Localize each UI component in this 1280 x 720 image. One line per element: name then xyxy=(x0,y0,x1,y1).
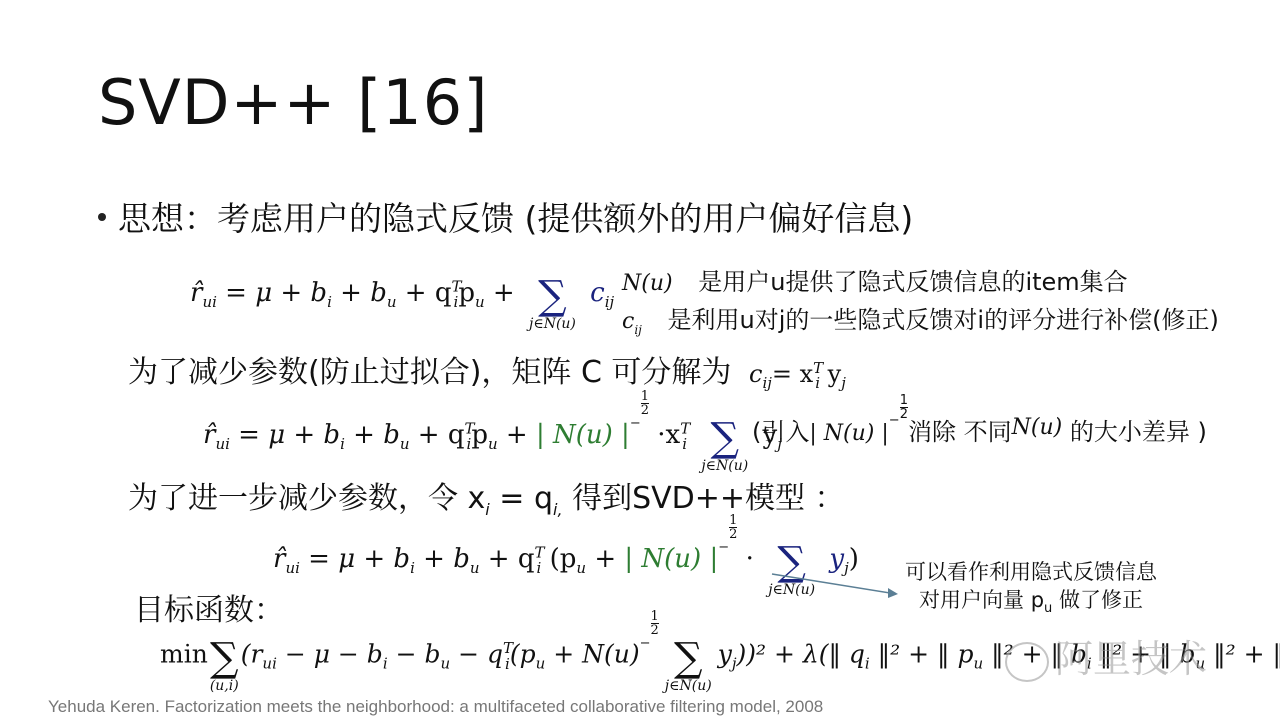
eq-part: = μ + b xyxy=(225,278,327,308)
eq-part: + xyxy=(498,420,528,450)
minus-sign: − xyxy=(630,416,641,431)
equation-factorized: r̂ui = μ + bi + bu + qTipu + | N(u) |−12… xyxy=(203,408,782,464)
eq-part: c xyxy=(590,278,605,308)
objective-label: 目标函数： xyxy=(134,585,284,629)
num: 1 xyxy=(651,610,659,624)
sub: ij xyxy=(762,374,771,392)
sub: j xyxy=(841,374,846,392)
eq-part: + b xyxy=(415,544,470,574)
sub: u xyxy=(973,655,983,673)
eq-part: + b xyxy=(332,278,387,308)
eq-part: − q xyxy=(450,640,503,669)
note-line: 对用户向量 pu 做了修正 xyxy=(905,586,1157,623)
eq-part: p xyxy=(458,278,475,308)
step-reduce-params: 为了减少参数(防止过拟合)，矩阵 C 可分解为 cij= xTi yj xyxy=(128,347,846,392)
bullet-dot-icon xyxy=(98,213,106,221)
eq-part: c xyxy=(749,360,762,388)
den: 2 xyxy=(900,408,908,421)
eq-part: (p xyxy=(510,640,536,669)
sub: u xyxy=(576,559,586,577)
minus-sign: − xyxy=(889,413,900,428)
sub: u xyxy=(488,435,498,453)
eq-part: = μ + b xyxy=(238,420,340,450)
sum-symbol: ∑j∈N(u) xyxy=(529,276,576,332)
eq-part: − b xyxy=(388,640,441,669)
watermark-text: 阿里技术 xyxy=(1055,637,1207,681)
r-hat: r̂ xyxy=(273,544,285,574)
exponent-neg-half: 12 xyxy=(729,514,737,541)
sub: u xyxy=(387,293,397,311)
eq-part: y xyxy=(820,360,841,388)
sub: u xyxy=(470,559,480,577)
note-text: 消除 不同 xyxy=(908,418,1012,446)
note-text: (引入 xyxy=(752,418,809,446)
eq-part: ·x xyxy=(657,420,680,450)
normalization-note: (引入| N(u) |−12消除 不同N(u) 的大小差异 ) xyxy=(752,412,1207,447)
eq-part: ‖² + ‖ p xyxy=(870,640,974,669)
den: 2 xyxy=(651,624,659,637)
sub: u xyxy=(475,293,485,311)
sub: ij xyxy=(634,323,642,337)
nu-norm: | N(u) | xyxy=(809,421,888,446)
num: 1 xyxy=(729,514,737,528)
minus-sign: − xyxy=(640,636,651,651)
eq-part: (p xyxy=(550,544,577,574)
sum-symbol: ∑(u,i) xyxy=(210,638,239,694)
exponent-neg-half: 12 xyxy=(641,390,649,417)
watermark: 阿里技术 xyxy=(1005,628,1207,683)
sub: ui xyxy=(215,435,229,453)
slide-title: SVD++ [16] xyxy=(98,66,488,139)
sub: ui xyxy=(262,655,276,673)
den: 2 xyxy=(729,528,737,541)
eq-part: p xyxy=(471,420,488,450)
eq-part: y xyxy=(718,640,732,669)
eq-part: + N(u) xyxy=(545,640,639,669)
eq-part: + xyxy=(586,544,616,574)
note-line: 可以看作利用隐式反馈信息 xyxy=(905,558,1157,586)
minus-sign: − xyxy=(718,540,729,555)
definition-cij: cij 是利用u对j的一些隐式反馈对i的评分进行补偿(修正) xyxy=(622,300,1219,337)
wechat-icon xyxy=(1005,642,1049,682)
note-text: 的大小差异 ) xyxy=(1070,418,1207,446)
eq-part: = μ + b xyxy=(308,544,410,574)
eq-part: · xyxy=(737,544,754,574)
eq-part: + q xyxy=(480,544,535,574)
bullet-idea: 思想：考虑用户的隐式反馈 (提供额外的用户偏好信息) xyxy=(98,193,913,240)
eq-part: min xyxy=(160,640,208,669)
symbol: N(u) xyxy=(622,271,673,296)
arrow-icon xyxy=(770,570,910,600)
step-text: 为了进一步减少参数，令 x xyxy=(128,481,485,516)
sub: u xyxy=(536,655,546,673)
sub: ij xyxy=(605,293,614,311)
sub: i xyxy=(682,435,687,453)
bullet-text: 思想：考虑用户的隐式反馈 (提供额外的用户偏好信息) xyxy=(118,199,913,238)
eq-part: ))² + λ(‖ q xyxy=(736,640,864,669)
equation-basic: r̂ui = μ + bi + bu + qTipu + ∑j∈N(u) cij xyxy=(190,266,614,322)
note-text: 做了修正 xyxy=(1052,588,1143,612)
sigma-icon: ∑ xyxy=(538,276,567,316)
den: 2 xyxy=(641,404,649,417)
definition-text: 是利用u对j的一些隐式反馈对i的评分进行补偿(修正) xyxy=(668,306,1219,334)
annotation-note: 可以看作利用隐式反馈信息 对用户向量 pu 做了修正 xyxy=(905,558,1157,623)
nu-symbol: N(u) xyxy=(1012,415,1063,440)
eq-part: ‖² + ‖ xyxy=(1205,640,1280,669)
sum-symbol: ∑j∈N(u) xyxy=(665,638,712,694)
eq-part: + xyxy=(485,278,515,308)
sum-limit: (u,i) xyxy=(210,678,239,694)
citation-footer: Yehuda Keren. Factorization meets the ne… xyxy=(48,697,823,717)
eq-part: (r xyxy=(241,640,263,669)
num: 1 xyxy=(900,394,908,408)
exponent-neg-half: 12 xyxy=(900,394,908,421)
note-text: 对用户向量 p xyxy=(919,588,1044,612)
definition-nu: N(u) 是用户u提供了隐式反馈信息的item集合 xyxy=(622,262,1128,297)
sigma-icon: ∑ xyxy=(674,638,703,678)
num: 1 xyxy=(641,390,649,404)
r-hat: r̂ xyxy=(190,278,202,308)
sigma-icon: ∑ xyxy=(210,638,239,678)
definition-text: 是用户u提供了隐式反馈信息的item集合 xyxy=(698,268,1127,296)
sum-limit: j∈N(u) xyxy=(529,316,576,332)
sub: i, xyxy=(553,500,563,519)
step-text: = q xyxy=(490,481,553,516)
eq-part: − μ − b xyxy=(277,640,383,669)
eq-part: = x xyxy=(772,360,813,388)
sub: u xyxy=(440,655,450,673)
sum-symbol: ∑j∈N(u) xyxy=(701,418,748,474)
sub: i xyxy=(537,559,542,577)
sum-limit: j∈N(u) xyxy=(701,458,748,474)
sum-limit: j∈N(u) xyxy=(665,678,712,694)
sigma-icon: ∑ xyxy=(710,418,739,458)
eq-part: + q xyxy=(397,278,452,308)
step-text: 得到SVD++模型 ： xyxy=(563,481,845,516)
sub: ui xyxy=(285,559,299,577)
step-svdpp: 为了进一步减少参数，令 xi = qi, 得到SVD++模型 ： xyxy=(128,473,845,519)
c-decomposition: cij= xTi yj xyxy=(749,360,846,388)
sub: u xyxy=(400,435,410,453)
eq-part: + q xyxy=(410,420,465,450)
eq-part: + b xyxy=(345,420,400,450)
nu-norm: | N(u) | xyxy=(624,544,718,574)
sub: ui xyxy=(202,293,216,311)
exponent-neg-half: 12 xyxy=(651,610,659,637)
step-text: 为了减少参数(防止过拟合)，矩阵 C 可分解为 xyxy=(128,355,731,390)
nu-norm: | N(u) | xyxy=(536,420,630,450)
r-hat: r̂ xyxy=(203,420,215,450)
symbol: c xyxy=(622,309,634,334)
